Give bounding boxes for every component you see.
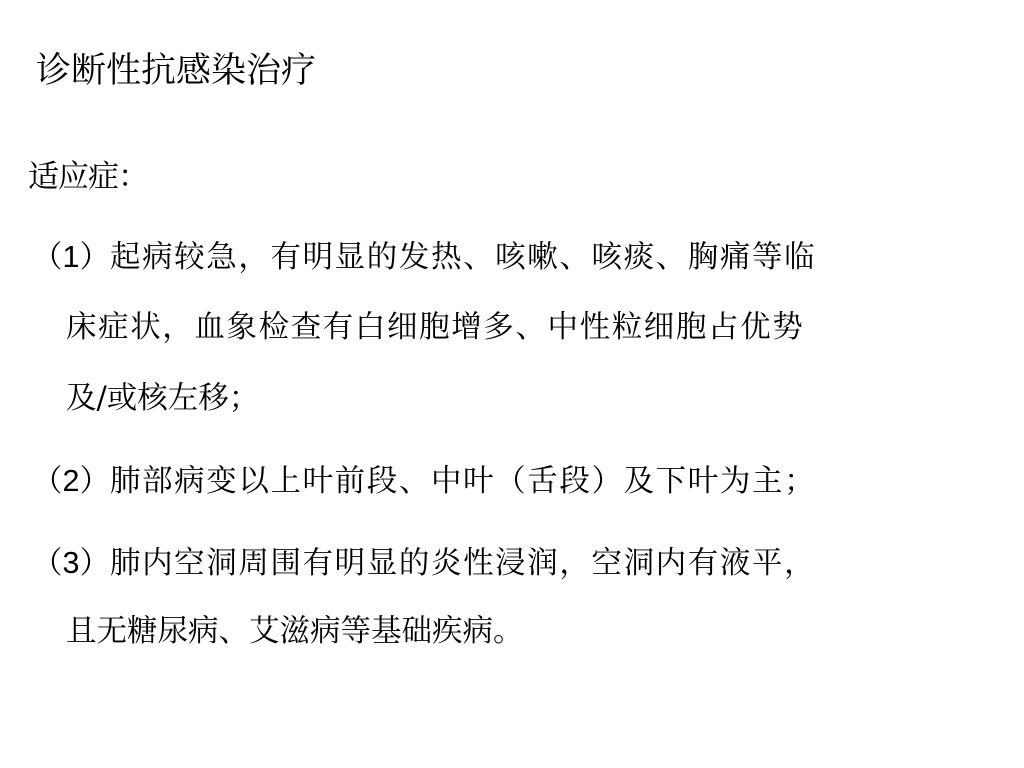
list-item-1-line-1: 起病较急，有明显的发热、咳嗽、咳痰、胸痛等临	[110, 240, 816, 275]
list-item-3: （3）肺内空洞周围有明显的炎性浸润，空洞内有液平，	[32, 543, 816, 584]
list-item-2-line-1: 肺部病变以上叶前段、中叶（舌段）及下叶为主；	[110, 464, 816, 499]
list-item-1-line-2: 床症状，血象检查有白细胞增多、中性粒细胞占优势	[66, 308, 804, 348]
list-item-1-marker: （1）	[32, 240, 110, 274]
slide-title: 诊断性抗感染治疗	[36, 46, 316, 96]
subheading-indications: 适应症：	[28, 157, 148, 197]
slide: 诊断性抗感染治疗 适应症： （1）起病较急，有明显的发热、咳嗽、咳痰、胸痛等临 …	[0, 0, 1024, 768]
list-item-1: （1）起病较急，有明显的发热、咳嗽、咳痰、胸痛等临	[32, 237, 816, 278]
list-item-3-line-1: 肺内空洞周围有明显的炎性浸润，空洞内有液平，	[110, 546, 816, 581]
list-item-1-line-3: 及/或核左移；	[66, 379, 259, 419]
list-item-3-marker: （3）	[32, 546, 110, 580]
list-item-3-line-2: 且无糖尿病、艾滋病等基础疾病。	[66, 612, 524, 652]
list-item-2: （2）肺部病变以上叶前段、中叶（舌段）及下叶为主；	[32, 461, 816, 502]
list-item-2-marker: （2）	[32, 464, 110, 498]
